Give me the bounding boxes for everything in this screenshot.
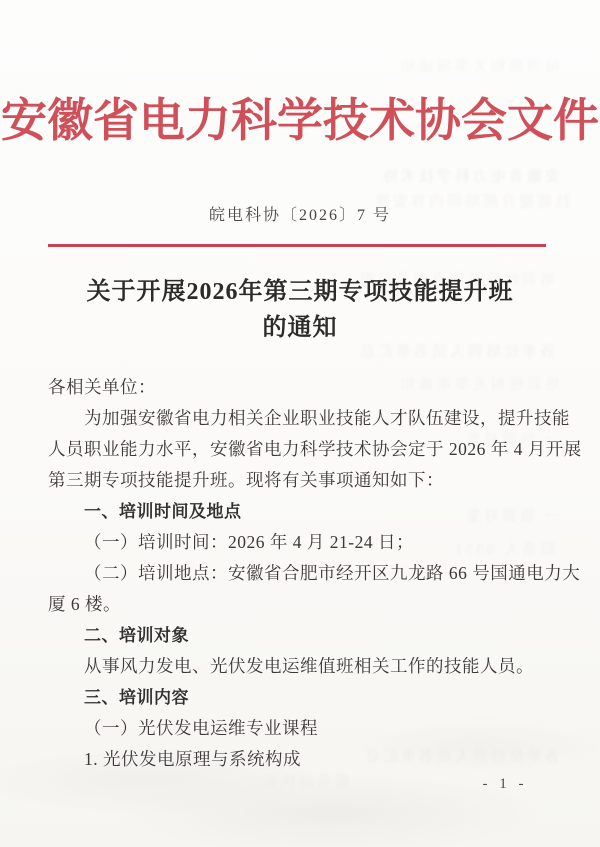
section-heading-1: 一、培训时间及地点	[48, 496, 551, 527]
body-line: 人员职业能力水平，安徽省电力科学技术协会定于 2026 年 4 月开展	[48, 434, 551, 465]
document-title-line1: 关于开展2026年第三期专项技能提升班	[0, 274, 600, 310]
body-line: 为加强安徽省电力相关企业职业技能人才队伍建设，提升技能	[48, 403, 551, 434]
body-line: （一）培训时间：2026 年 4 月 21-24 日；	[48, 527, 551, 558]
doc-reference-number: 皖电科协〔2026〕7 号	[0, 202, 600, 225]
body-line: 1. 光伏发电原理与系统构成	[48, 744, 551, 775]
bleedthrough-artifact: 安徽省电力科学技术协	[320, 165, 560, 186]
page-number: - 1 -	[468, 776, 542, 793]
document-body: 各相关单位： 为加强安徽省电力相关企业职业技能人才队伍建设，提升技能 人员职业能…	[48, 372, 551, 775]
salutation-line: 各相关单位：	[48, 372, 551, 403]
body-line: （一）光伏发电运维专业课程	[48, 713, 551, 744]
org-letterhead-title: 安徽省电力科学技术协会文件	[0, 84, 600, 150]
document-title-line2: 的通知	[0, 310, 600, 346]
document-title: 关于开展2026年第三期专项技能提升班 的通知	[0, 274, 600, 346]
body-line: 厦 6 楼。	[48, 589, 551, 620]
body-line: 从事风力发电、光伏发电运维值班相关工作的技能人员。	[48, 651, 551, 682]
body-line: （二）培训地点：安徽省合肥市经开区九龙路 66 号国通电力大	[48, 558, 551, 589]
scanned-document-page: 培训班相关事项通知 安徽省电力科学技术协 技能提升班培训内容安排 培训时间及地点…	[0, 0, 600, 847]
bleedthrough-artifact: 培训班相关事项通知	[310, 55, 560, 76]
red-divider-line	[48, 244, 546, 247]
section-heading-3: 三、培训内容	[48, 682, 551, 713]
section-heading-2: 二、培训对象	[48, 620, 551, 651]
body-line: 第三期专项技能提升班。现将有关事项通知如下：	[48, 465, 551, 496]
